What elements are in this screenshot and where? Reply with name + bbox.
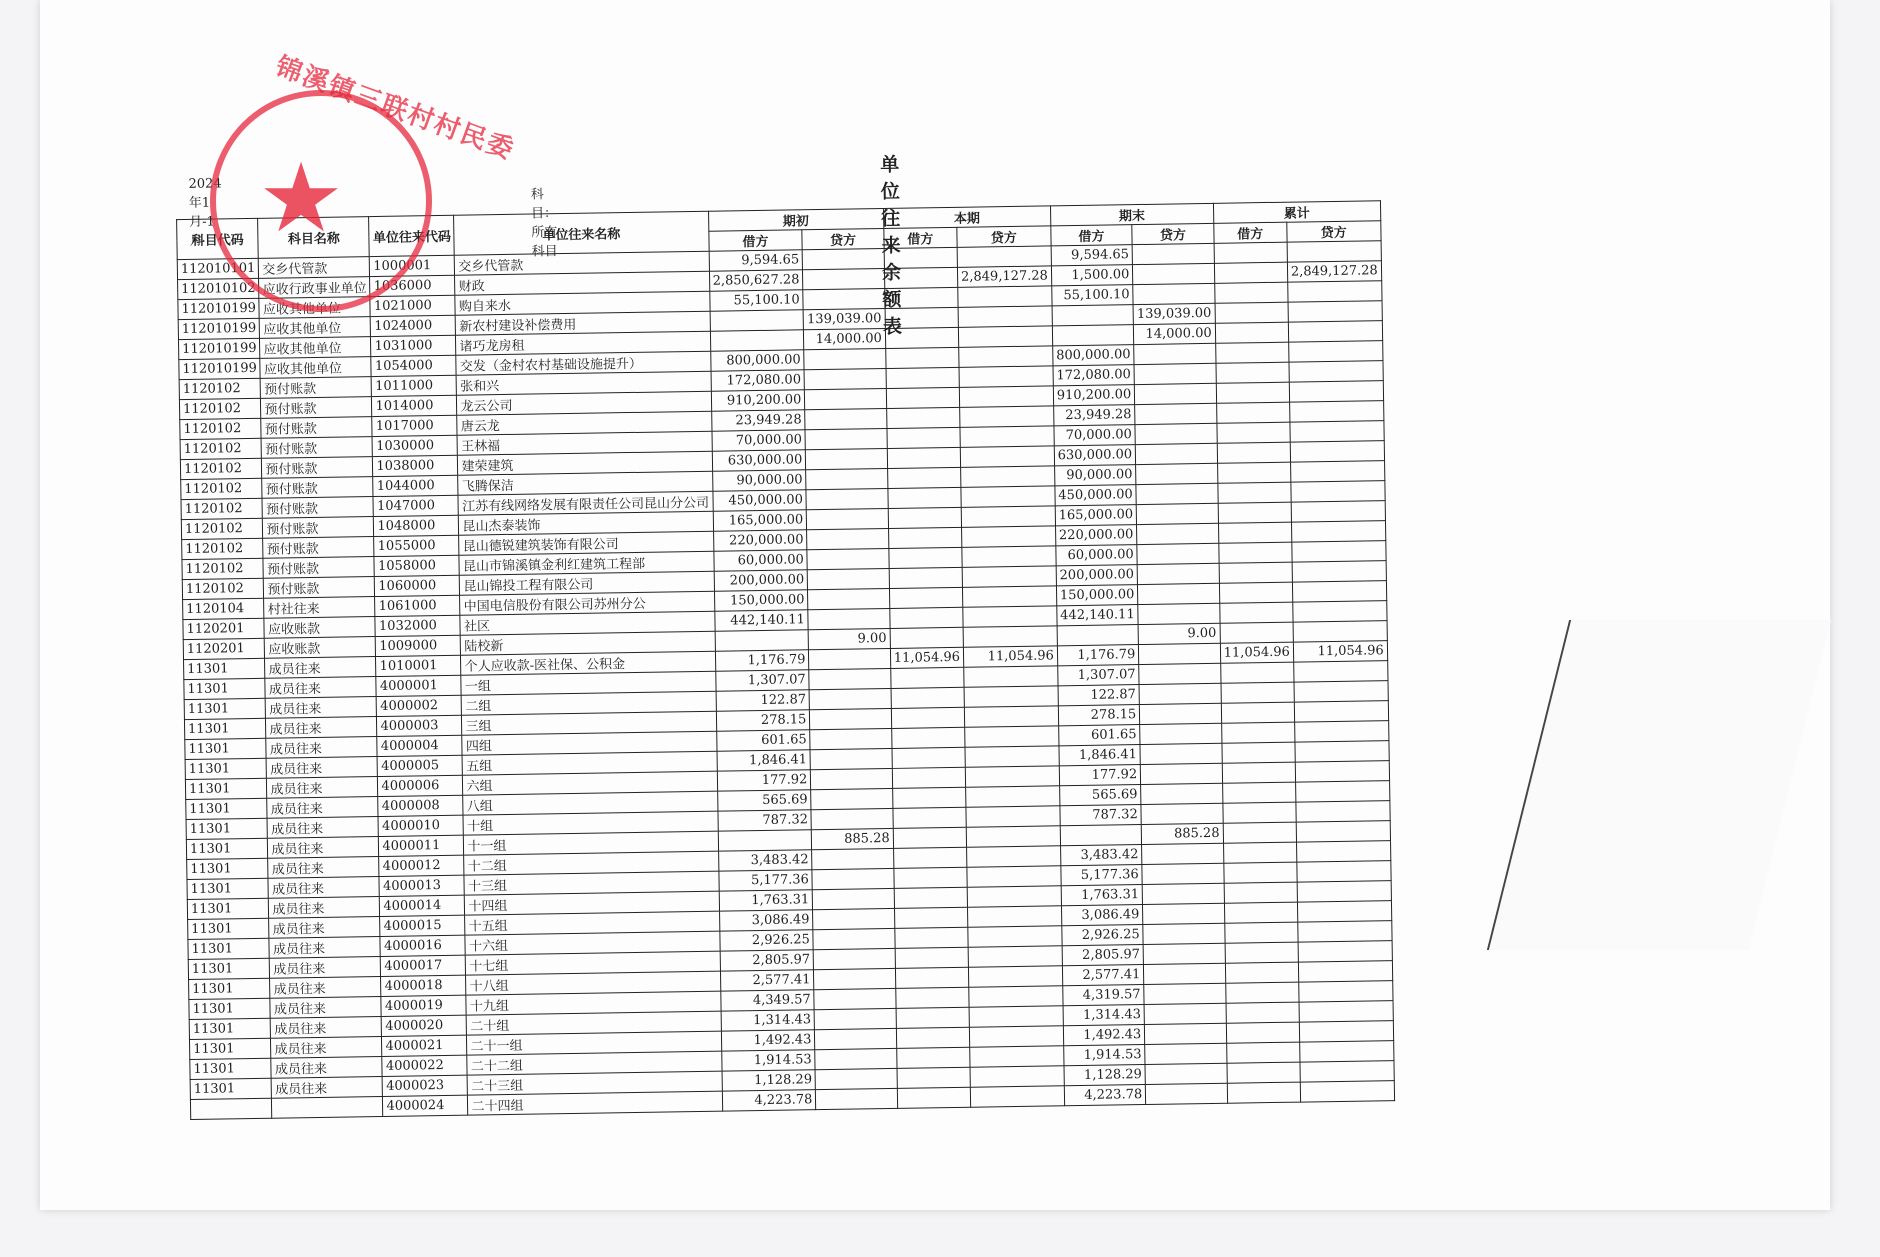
cell-ob-c	[814, 1008, 896, 1029]
cell-ob-d: 1,307.07	[715, 670, 809, 691]
cell-eb-d: 1,763.31	[1061, 885, 1143, 906]
cell-ccode: 4000015	[380, 915, 465, 936]
cell-cu-c	[1295, 741, 1389, 762]
cell-code: 11301	[186, 838, 268, 859]
cell-cp-d	[891, 687, 964, 708]
cell-code: 11301	[190, 1058, 272, 1079]
cell-cu-c	[1290, 461, 1384, 482]
cell-cp-d	[888, 507, 961, 528]
cell-cu-d	[1222, 762, 1295, 783]
cell-eb-d: 4,223.78	[1064, 1085, 1146, 1106]
cell-cp-d	[886, 387, 959, 408]
cell-eb-c	[1140, 703, 1222, 724]
cell-ob-c	[803, 269, 885, 290]
cell-eb-c	[1132, 243, 1214, 264]
cell-eb-c	[1141, 783, 1223, 804]
cell-cu-d	[1224, 862, 1297, 883]
opening-credit: 贷方	[802, 229, 884, 250]
cell-ob-d: 1,763.31	[719, 890, 813, 911]
cell-cp-d	[887, 427, 960, 448]
cell-eb-d	[1052, 325, 1134, 346]
cell-cu-d	[1223, 842, 1296, 863]
cell-ob-c	[811, 768, 893, 789]
cell-eb-d: 1,500.00	[1051, 265, 1133, 286]
cell-ob-d: 177.92	[717, 770, 811, 791]
cell-code: 11301	[184, 698, 266, 719]
cell-ob-d: 23,949.28	[711, 410, 805, 431]
cell-code: 1120102	[180, 418, 262, 439]
cell-cu-d	[1225, 982, 1298, 1003]
cell-ccode: 1014000	[372, 395, 457, 416]
cell-ob-c	[808, 568, 890, 589]
cell-eb-d: 55,100.10	[1052, 285, 1134, 306]
cell-ccode: 4000022	[382, 1055, 467, 1076]
cell-cp-d	[894, 887, 967, 908]
cell-ob-d: 172,080.00	[711, 370, 805, 391]
cell-sname: 成员往来	[265, 677, 376, 699]
cell-sname: 成员往来	[270, 977, 381, 999]
cell-cu-d	[1217, 462, 1290, 483]
cell-ccode: 1054000	[371, 355, 456, 376]
cell-ob-d: 601.65	[716, 730, 810, 751]
cell-cu-c	[1292, 541, 1386, 562]
cell-code: 1120102	[180, 458, 262, 479]
group-cumulative: 累计	[1213, 201, 1380, 224]
cell-cu-d	[1218, 502, 1291, 523]
cell-ob-c	[806, 488, 888, 509]
cell-cp-c	[961, 526, 1055, 547]
cell-cu-c	[1298, 941, 1392, 962]
cell-code: 11301	[188, 938, 270, 959]
cell-cu-c	[1297, 881, 1391, 902]
cell-code: 1120102	[182, 578, 264, 599]
cell-code	[190, 1098, 272, 1119]
cell-code: 1120201	[183, 638, 265, 659]
cell-ccode: 4000024	[383, 1095, 468, 1116]
folded-paper-corner	[1487, 620, 1831, 950]
cell-cp-d	[891, 727, 964, 748]
cell-eb-c	[1142, 843, 1224, 864]
cell-cp-d	[887, 447, 960, 468]
cell-sname: 成员往来	[268, 837, 379, 859]
cell-eb-c	[1138, 603, 1220, 624]
cell-ob-d: 3,086.49	[719, 910, 813, 931]
cell-ob-c	[813, 888, 895, 909]
cell-ob-c	[814, 968, 896, 989]
cell-cu-c	[1294, 701, 1388, 722]
cell-eb-d: 172,080.00	[1053, 365, 1135, 386]
cell-ob-d: 2,805.97	[720, 950, 814, 971]
cell-code: 11301	[185, 738, 267, 759]
cell-sname: 预付账款	[262, 477, 373, 499]
cell-ob-d: 90,000.00	[712, 470, 806, 491]
cell-ccode: 1044000	[373, 475, 458, 496]
cumulative-credit: 贷方	[1287, 221, 1381, 242]
cell-sname: 预付账款	[261, 397, 372, 419]
cell-code: 1120102	[181, 518, 263, 539]
cell-eb-c: 885.28	[1141, 823, 1223, 844]
cell-cp-c	[969, 1026, 1063, 1047]
cell-cu-d	[1219, 582, 1292, 603]
cell-cu-d	[1223, 802, 1296, 823]
cell-ob-d	[718, 830, 812, 851]
cell-ob-d: 5,177.36	[718, 870, 812, 891]
cell-ob-c	[811, 788, 893, 809]
cell-cname: 二十四组	[468, 1091, 722, 1115]
cell-cu-d	[1221, 682, 1294, 703]
cell-eb-d: 70,000.00	[1054, 425, 1136, 446]
cell-ccode: 1047000	[373, 495, 458, 516]
cell-cp-c	[966, 786, 1060, 807]
cell-ob-d: 278.15	[716, 710, 810, 731]
cell-cp-c	[960, 406, 1054, 427]
cell-sname: 成员往来	[266, 697, 377, 719]
cell-cu-d	[1227, 1062, 1300, 1083]
cell-cu-c	[1291, 481, 1385, 502]
cell-cp-d	[896, 1027, 969, 1048]
cell-cu-d	[1214, 242, 1287, 263]
cell-cp-c	[968, 946, 1062, 967]
cell-ob-d: 2,926.25	[719, 930, 813, 951]
cell-sname: 成员往来	[270, 997, 381, 1019]
cell-ob-c	[803, 289, 885, 310]
cell-cp-d	[888, 527, 961, 548]
cell-code: 11301	[190, 1078, 272, 1099]
cell-sname: 成员往来	[268, 857, 379, 879]
cell-cu-d	[1221, 722, 1294, 743]
opening-debit: 借方	[708, 230, 802, 251]
cell-ccode: 1010001	[376, 655, 461, 676]
cell-eb-c	[1144, 963, 1226, 984]
cell-cu-d	[1218, 522, 1291, 543]
cell-eb-d: 1,914.53	[1063, 1045, 1145, 1066]
cell-eb-d: 1,846.41	[1059, 745, 1141, 766]
cell-code: 11301	[189, 978, 271, 999]
cell-ob-c	[802, 249, 884, 270]
cell-cp-c	[963, 626, 1057, 647]
cell-cu-d	[1223, 822, 1296, 843]
cell-eb-d: 1,176.79	[1057, 645, 1139, 666]
cell-code: 11301	[189, 998, 271, 1019]
cell-ob-c	[807, 528, 889, 549]
cell-eb-d: 9,594.65	[1051, 245, 1133, 266]
cell-cu-c	[1289, 401, 1383, 422]
cell-eb-c	[1135, 383, 1217, 404]
cell-cu-c: 2,849,127.28	[1287, 261, 1381, 282]
col-counterparty-name: 单位往来名称	[454, 211, 709, 255]
cell-sname: 成员往来	[269, 917, 380, 939]
cell-ob-c	[813, 948, 895, 969]
cell-sname: 成员往来	[271, 1056, 382, 1078]
cell-cu-c	[1295, 761, 1389, 782]
cell-sname: 预付账款	[264, 577, 375, 599]
cell-cu-d	[1215, 322, 1288, 343]
cell-ob-d: 565.69	[717, 790, 811, 811]
cell-cp-d	[895, 967, 968, 988]
cell-cp-d	[893, 847, 966, 868]
cell-ccode: 4000013	[379, 875, 464, 896]
cell-eb-c	[1137, 523, 1219, 544]
cell-cu-c	[1295, 781, 1389, 802]
cell-code: 1120102	[180, 438, 262, 459]
cell-cp-d	[892, 747, 965, 768]
cell-ccode: 4000008	[378, 795, 463, 816]
cell-cp-c	[965, 746, 1059, 767]
cell-eb-d	[1052, 305, 1134, 326]
cell-cp-c	[960, 426, 1054, 447]
cell-ccode: 4000014	[380, 895, 465, 916]
cell-sname: 成员往来	[269, 937, 380, 959]
cell-ccode: 1058000	[374, 555, 459, 576]
cell-ccode: 1055000	[374, 535, 459, 556]
cell-cp-d	[895, 947, 968, 968]
cell-cp-c	[961, 486, 1055, 507]
closing-credit: 贷方	[1132, 223, 1214, 244]
cell-cp-c	[968, 966, 1062, 987]
cell-sname: 预付账款	[261, 417, 372, 439]
cell-ob-d: 1,492.43	[721, 1030, 815, 1051]
cell-ob-c	[811, 808, 893, 829]
cell-cp-c	[970, 1046, 1064, 1067]
cell-cp-d	[894, 907, 967, 928]
cell-cu-c	[1300, 1061, 1394, 1082]
cell-ob-c	[806, 448, 888, 469]
cell-cp-c	[966, 826, 1060, 847]
cell-code: 11301	[184, 678, 266, 699]
cell-eb-d: 442,140.11	[1057, 605, 1139, 626]
cell-ob-c	[813, 928, 895, 949]
cell-ob-c: 885.28	[812, 828, 894, 849]
cell-eb-d: 450,000.00	[1055, 485, 1137, 506]
cell-code: 11301	[187, 858, 269, 879]
cell-sname: 成员往来	[267, 757, 378, 779]
cell-cu-d	[1222, 782, 1295, 803]
cell-eb-d: 2,577.41	[1062, 965, 1144, 986]
cell-code: 112010199	[178, 338, 260, 359]
cell-eb-c	[1144, 1003, 1226, 1024]
cell-ccode: 4000019	[381, 995, 466, 1016]
cell-ob-d: 3,483.42	[718, 850, 812, 871]
cell-eb-c	[1143, 903, 1225, 924]
cell-cp-c	[959, 346, 1053, 367]
cell-cp-c	[964, 706, 1058, 727]
cell-code: 112010199	[179, 358, 261, 379]
cell-ob-d: 1,846.41	[717, 750, 811, 771]
cell-cp-d	[896, 987, 969, 1008]
cell-cu-c	[1288, 301, 1382, 322]
cell-eb-d: 90,000.00	[1054, 465, 1136, 486]
cell-cu-c	[1289, 361, 1383, 382]
cell-cu-c	[1288, 321, 1382, 342]
cell-code: 11301	[184, 658, 266, 679]
cell-eb-c	[1136, 463, 1218, 484]
cell-ob-c	[807, 548, 889, 569]
cell-cp-c	[959, 366, 1053, 387]
cell-cu-c	[1292, 581, 1386, 602]
cell-eb-d: 1,314.43	[1063, 1005, 1145, 1026]
cell-eb-c	[1145, 1023, 1227, 1044]
cell-ob-c: 9.00	[808, 628, 890, 649]
cell-cu-c	[1299, 1001, 1393, 1022]
cell-eb-d: 601.65	[1058, 725, 1140, 746]
cell-ccode: 4000011	[379, 835, 464, 856]
cell-eb-d: 150,000.00	[1056, 585, 1138, 606]
cumulative-debit: 借方	[1213, 222, 1286, 243]
cell-ob-c	[815, 1028, 897, 1049]
cell-cp-c: 2,849,127.28	[957, 266, 1051, 287]
cell-sname: 成员往来	[269, 897, 380, 919]
cell-cp-c	[961, 466, 1055, 487]
cell-eb-c	[1139, 683, 1221, 704]
cell-eb-d: 1,128.29	[1064, 1065, 1146, 1086]
cell-cu-c	[1293, 621, 1387, 642]
cell-cu-c	[1297, 901, 1391, 922]
cell-eb-d: 60,000.00	[1056, 545, 1138, 566]
cell-cp-c	[967, 886, 1061, 907]
cell-cu-d	[1220, 662, 1293, 683]
closing-debit: 借方	[1051, 225, 1133, 246]
cell-eb-d: 165,000.00	[1055, 505, 1137, 526]
cell-ob-d: 122.87	[716, 690, 810, 711]
cell-cu-c	[1291, 521, 1385, 542]
cell-ccode: 1009000	[376, 635, 461, 656]
cell-ob-d	[710, 310, 804, 331]
cell-ob-c	[812, 848, 894, 869]
cell-ccode: 4000012	[379, 855, 464, 876]
cell-cu-c	[1299, 1021, 1393, 1042]
cell-cu-c	[1294, 661, 1388, 682]
cell-code: 112010199	[178, 318, 260, 339]
cell-code: 1120201	[183, 618, 265, 639]
cell-cp-c	[964, 686, 1058, 707]
cell-cu-d	[1227, 1082, 1300, 1103]
cell-eb-c	[1133, 283, 1215, 304]
cell-cp-c	[963, 606, 1057, 627]
cell-eb-d: 278.15	[1058, 705, 1140, 726]
cell-ccode: 1031000	[371, 335, 456, 356]
cell-cu-d	[1216, 402, 1289, 423]
cell-cu-d	[1217, 422, 1290, 443]
cell-code: 11301	[185, 778, 267, 799]
cell-eb-c	[1139, 663, 1221, 684]
cell-eb-d: 5,177.36	[1061, 865, 1143, 886]
cell-cp-c	[970, 1066, 1064, 1087]
cell-cu-c	[1289, 341, 1383, 362]
cell-ob-d: 442,140.11	[714, 610, 808, 631]
cell-code: 11301	[186, 818, 268, 839]
cell-ccode: 1048000	[374, 515, 459, 536]
cell-sname: 成员往来	[271, 1036, 382, 1058]
cell-eb-d: 910,200.00	[1053, 385, 1135, 406]
cell-ccode: 4000021	[382, 1035, 467, 1056]
cell-cp-c	[958, 306, 1052, 327]
cell-ccode: 4000018	[381, 975, 466, 996]
cell-eb-c	[1137, 543, 1219, 564]
cell-cp-d	[892, 787, 965, 808]
cell-eb-c	[1146, 1083, 1228, 1104]
cell-eb-d: 2,926.25	[1062, 925, 1144, 946]
cell-code: 11301	[184, 718, 266, 739]
cell-cp-d	[885, 307, 958, 328]
cell-ob-c	[809, 688, 891, 709]
cell-cp-d: 11,054.96	[890, 647, 963, 668]
cell-ob-c	[815, 1048, 897, 1069]
cell-cp-c	[967, 866, 1061, 887]
cell-sname: 应收其他单位	[260, 357, 371, 379]
cell-eb-c	[1136, 483, 1218, 504]
cell-ob-c	[806, 468, 888, 489]
cell-ob-c: 139,039.00	[803, 309, 885, 330]
cell-sname: 应收账款	[265, 637, 376, 659]
cell-ccode: 1021000	[370, 295, 455, 316]
cell-eb-d: 1,307.07	[1058, 665, 1140, 686]
cell-cp-d	[885, 347, 958, 368]
cell-cu-c	[1296, 821, 1390, 842]
cell-sname: 成员往来	[270, 957, 381, 979]
cell-ccode: 4000003	[377, 715, 462, 736]
cell-ob-d: 70,000.00	[711, 430, 805, 451]
cell-code: 11301	[187, 878, 269, 899]
cell-eb-d: 3,483.42	[1060, 845, 1142, 866]
cell-eb-d: 630,000.00	[1054, 445, 1136, 466]
cell-cp-c: 11,054.96	[963, 646, 1057, 667]
cell-ccode: 4000016	[380, 935, 465, 956]
cell-eb-c: 139,039.00	[1133, 303, 1215, 324]
cell-ob-c	[814, 988, 896, 1009]
cell-cu-c	[1293, 601, 1387, 622]
cell-cu-c	[1300, 1041, 1394, 1062]
cell-cu-c	[1296, 801, 1390, 822]
cell-eb-c	[1136, 503, 1218, 524]
cell-ob-d: 60,000.00	[713, 550, 807, 571]
cell-eb-d: 122.87	[1058, 685, 1140, 706]
cell-ob-c	[810, 748, 892, 769]
cell-cu-d: 11,054.96	[1220, 642, 1293, 663]
cell-cu-d	[1215, 342, 1288, 363]
cell-sname: 应收账款	[264, 617, 375, 639]
cell-code: 1120102	[179, 378, 261, 399]
cell-sname: 预付账款	[263, 517, 374, 539]
cell-cp-c	[965, 726, 1059, 747]
cell-eb-c	[1140, 743, 1222, 764]
cell-cu-d	[1221, 702, 1294, 723]
cell-sname: 成员往来	[267, 817, 378, 839]
cell-eb-c	[1137, 563, 1219, 584]
cell-eb-c	[1133, 263, 1215, 284]
cell-ccode: 4000004	[377, 735, 462, 756]
cell-sname: 成员往来	[267, 777, 378, 799]
cell-ob-d: 165,000.00	[713, 510, 807, 531]
cell-eb-d	[1060, 825, 1142, 846]
cell-ob-d: 9,594.65	[709, 250, 803, 271]
cell-cp-c	[957, 246, 1051, 267]
cell-cp-c	[965, 766, 1059, 787]
cell-ob-c	[808, 608, 890, 629]
cell-ccode: 1017000	[372, 415, 457, 436]
cell-eb-c	[1134, 343, 1216, 364]
cell-cu-d	[1216, 382, 1289, 403]
cell-cu-d	[1222, 742, 1295, 763]
cell-cp-d	[885, 327, 958, 348]
seal-star-icon: ★	[258, 150, 344, 246]
cell-code: 11301	[189, 1038, 271, 1059]
cell-ob-c	[805, 428, 887, 449]
cell-cu-d	[1226, 1022, 1299, 1043]
cell-ob-c: 14,000.00	[804, 329, 886, 350]
cell-cu-c	[1291, 501, 1385, 522]
cell-cu-d	[1225, 962, 1298, 983]
cell-ccode: 4000006	[378, 775, 463, 796]
